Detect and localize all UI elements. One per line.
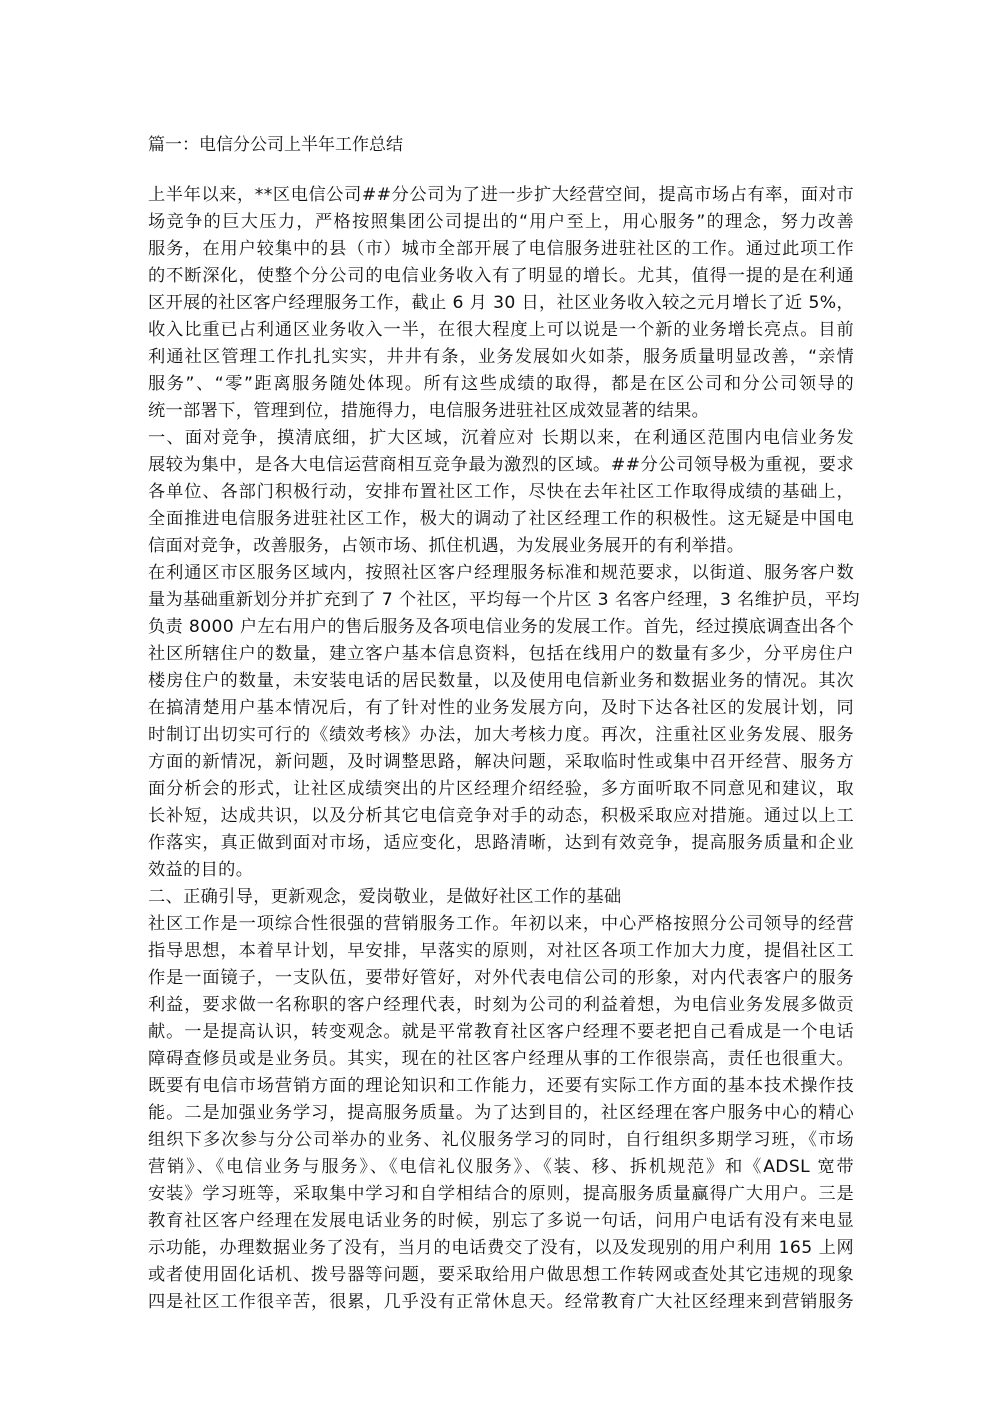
body-text-line: 区开展的社区客户经理服务工作，截止 6 月 30 日，社区业务收入较之元月增长了…	[148, 290, 854, 317]
body-text-line: 信面对竞争，改善服务，占领市场、抓住机遇，为发展业务展开的有利举措。	[148, 533, 854, 560]
body-text-line: 楼房住户的数量，未安装电话的居民数量，以及使用电信新业务和数据业务的情况。其次	[148, 668, 854, 695]
body-text-line: 长补短，达成共识，以及分析其它电信竞争对手的动态，积极采取应对措施。通过以上工	[148, 803, 854, 830]
body-text-line: 作落实，真正做到面对市场，适应变化，思路清晰，达到有效竞争，提高服务质量和企业	[148, 830, 854, 857]
body-text-line: 利通社区管理工作扎扎实实，井井有条，业务发展如火如荼，服务质量明显改善，“亲情	[148, 344, 854, 371]
body-text-line: 四是社区工作很辛苦，很累，几乎没有正常休息天。经常教育广大社区经理来到营销服务	[148, 1289, 854, 1316]
body-text-line: 组织下多次参与分公司举办的业务、礼仪服务学习的同时，自行组织多期学习班，《市场	[148, 1127, 854, 1154]
body-text-line: 各单位、各部门积极行动，安排布置社区工作，尽快在去年社区工作取得成绩的基础上，	[148, 479, 854, 506]
body-text-line: 服务，在用户较集中的县（市）城市全部开展了电信服务进驻社区的工作。通过此项工作	[148, 236, 854, 263]
body-text-line: 指导思想，本着早计划，早安排，早落实的原则，对社区各项工作加大力度，提倡社区工	[148, 938, 854, 965]
body-text-line: 营销》、《电信业务与服务》、《电信礼仪服务》、《装、移、拆机规范》和《ADSL …	[148, 1154, 854, 1181]
body-text-line: 统一部署下，管理到位，措施得力，电信服务进驻社区成效显著的结果。	[148, 398, 854, 425]
body-text-line: 方面的新情况，新问题，及时调整思路，解决问题，采取临时性或集中召开经营、服务方	[148, 749, 854, 776]
body-text-line: 在利通区市区服务区域内，按照社区客户经理服务标准和规范要求，以街道、服务客户数	[148, 560, 854, 587]
body-text-line: 面分析会的形式，让社区成绩突出的片区经理介绍经验，多方面听取不同意见和建议，取	[148, 776, 854, 803]
document-page: 篇一：电信分公司上半年工作总结 上半年以来，**区电信公司##分公司为了进一步扩…	[148, 132, 854, 1316]
body-text-line: 量为基础重新划分并扩充到了 7 个社区，平均每一个片区 3 名客户经理，3 名维…	[148, 587, 854, 614]
body-text-line: 展较为集中，是各大电信运营商相互竞争最为激烈的区域。##分公司领导极为重视，要求	[148, 452, 854, 479]
body-text-line: 一、面对竞争，摸清底细，扩大区域，沉着应对 长期以来，在利通区范围内电信业务发	[148, 425, 854, 452]
body-text-line: 能。二是加强业务学习，提高服务质量。为了达到目的，社区经理在客户服务中心的精心	[148, 1100, 854, 1127]
body-text-line: 全面推进电信服务进驻社区工作，极大的调动了社区经理工作的积极性。这无疑是中国电	[148, 506, 854, 533]
body-text-line: 收入比重已占利通区业务收入一半，在很大程度上可以说是一个新的业务增长亮点。目前	[148, 317, 854, 344]
body-text-line: 教育社区客户经理在发展电话业务的时候，别忘了多说一句话，问用户电话有没有来电显	[148, 1208, 854, 1235]
body-text-line: 场竞争的巨大压力，严格按照集团公司提出的“用户至上，用心服务”的理念，努力改善	[148, 209, 854, 236]
body-text-line: 的不断深化，使整个分公司的电信业务收入有了明显的增长。尤其，值得一提的是在利通	[148, 263, 854, 290]
body-text-line: 示功能，办理数据业务了没有，当月的电话费交了没有，以及发现别的用户利用 165 …	[148, 1235, 854, 1262]
document-body: 上半年以来，**区电信公司##分公司为了进一步扩大经营空间，提高市场占有率，面对…	[148, 182, 854, 1316]
body-text-line: 在搞清楚用户基本情况后，有了针对性的业务发展方向，及时下达各社区的发展计划，同	[148, 695, 854, 722]
body-text-line: 二、正确引导，更新观念，爱岗敬业，是做好社区工作的基础	[148, 884, 854, 911]
body-text-line: 时制订出切实可行的《绩效考核》办法，加大考核力度。再次，注重社区业务发展、服务	[148, 722, 854, 749]
body-text-line: 献。一是提高认识，转变观念。就是平常教育社区客户经理不要老把自己看成是一个电话	[148, 1019, 854, 1046]
body-text-line: 或者使用固化话机、拨号器等问题，要采取给用户做思想工作转网或查处其它违规的现象	[148, 1262, 854, 1289]
document-title: 篇一：电信分公司上半年工作总结	[148, 132, 854, 159]
body-text-line: 安装》学习班等，采取集中学习和自学相结合的原则，提高服务质量赢得广大用户。三是	[148, 1181, 854, 1208]
body-text-line: 社区所辖住户的数量，建立客户基本信息资料，包括在线用户的数量有多少，分平房住户	[148, 641, 854, 668]
body-text-line: 既要有电信市场营销方面的理论知识和工作能力，还要有实际工作方面的基本技术操作技	[148, 1073, 854, 1100]
body-text-line: 作是一面镜子，一支队伍，要带好管好，对外代表电信公司的形象，对内代表客户的服务	[148, 965, 854, 992]
body-text-line: 服务”、“零”距离服务随处体现。所有这些成绩的取得，都是在区公司和分公司领导的	[148, 371, 854, 398]
body-text-line: 利益，要求做一名称职的客户经理代表，时刻为公司的利益着想，为电信业务发展多做贡	[148, 992, 854, 1019]
body-text-line: 障碍查修员或是业务员。其实，现在的社区客户经理从事的工作很崇高，责任也很重大。	[148, 1046, 854, 1073]
body-text-line: 上半年以来，**区电信公司##分公司为了进一步扩大经营空间，提高市场占有率，面对…	[148, 182, 854, 209]
body-text-line: 社区工作是一项综合性很强的营销服务工作。年初以来，中心严格按照分公司领导的经营	[148, 911, 854, 938]
body-text-line: 负责 8000 户左右用户的售后服务及各项电信业务的发展工作。首先，经过摸底调查…	[148, 614, 854, 641]
body-text-line: 效益的目的。	[148, 857, 854, 884]
